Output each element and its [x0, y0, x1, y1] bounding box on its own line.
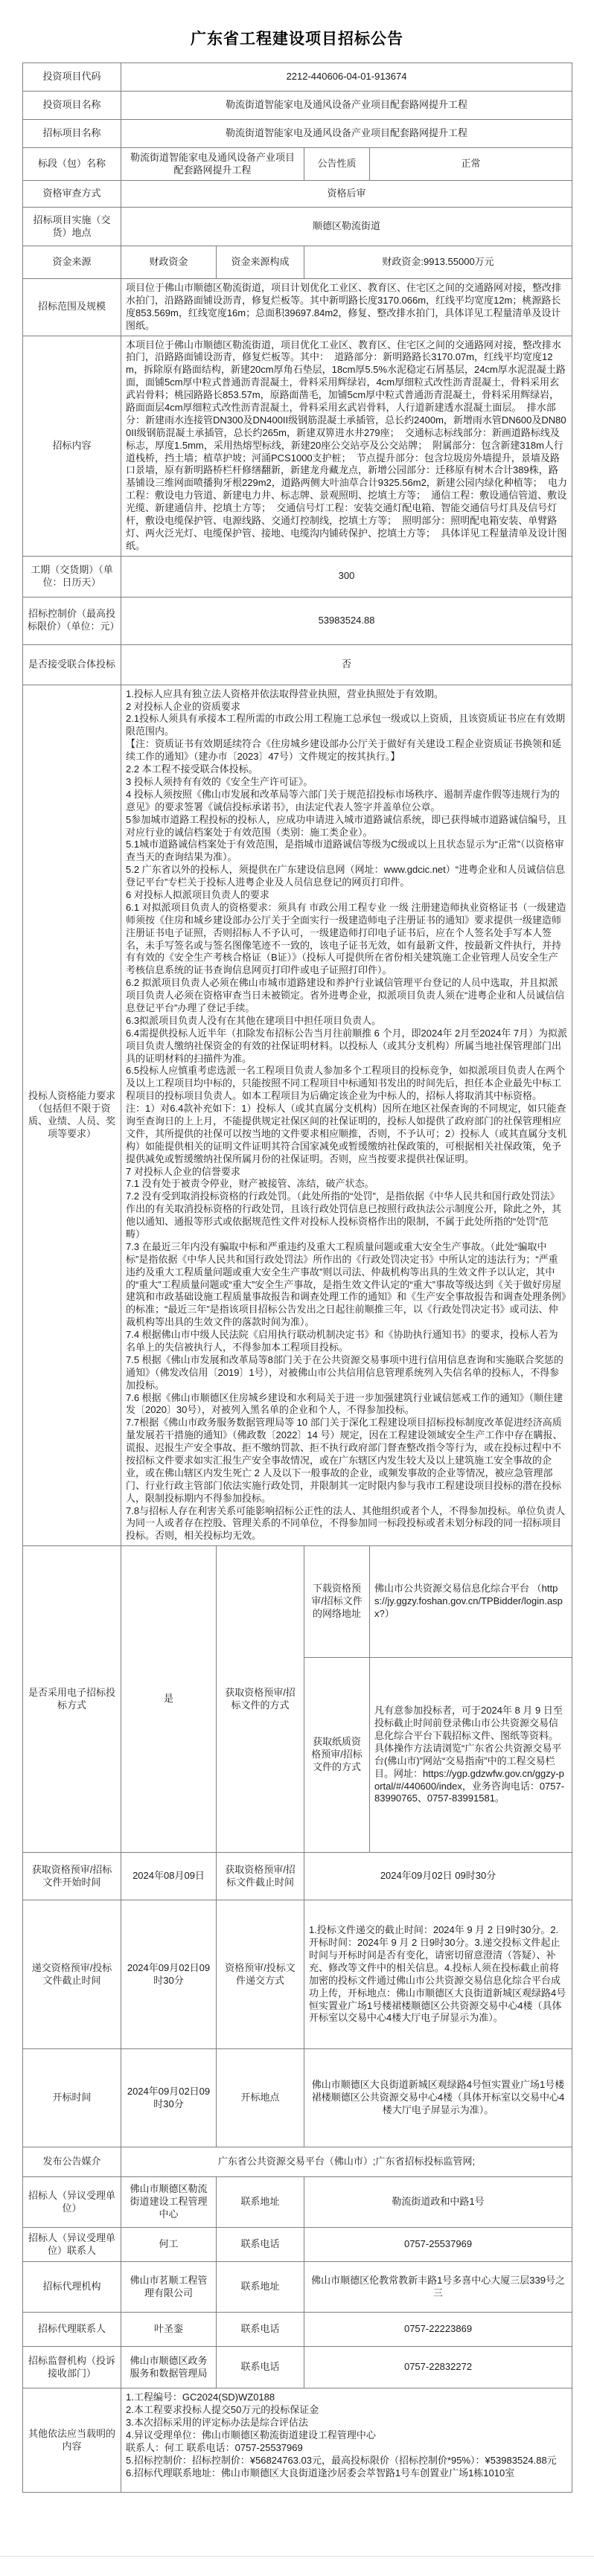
label-agency-contact: 招标代理联系人 [23, 2313, 121, 2347]
table-row: 是否采用电子招标投标方式 是 获取资格预审/招标文件的方式 下载资格预审/招标文… [23, 1546, 572, 1658]
table-row: 招标代理联系人 叶圣銮 联系电话 0757-22223869 [23, 2313, 572, 2347]
value-tender-content: 本项目位于佛山市顺德区勒流街道，项目优化工业区、教育区、住宅区之间的交通路网对接… [121, 336, 572, 556]
value-agency-phone: 0757-22223869 [304, 2313, 572, 2347]
label-obtain-end: 获取资格预审/招标文件截止时间 [217, 1853, 304, 1900]
label-agency: 招标代理机构 [23, 2262, 121, 2313]
value-supervisor: 佛山市顺德区政务服务和数据管理局 [121, 2347, 217, 2388]
table-row: 招标项目实施（交货）地点 顺德区勒流街道 [23, 208, 572, 246]
table-row: 标段（包）名称 勒流街道智能家电及通风设备产业项目配套路网提升工程 公告性质 正… [23, 148, 572, 181]
value-fund-composition: 财政资金:9913.55000万元 [304, 246, 572, 279]
table-row: 投资项目代码 2212-440606-04-01-913674 [23, 63, 572, 92]
value-supervisor-phone: 0757-22832272 [304, 2347, 572, 2388]
value-other-content: 1.工程编号：GC2024(SD)WZ0188 2.本工程要求投标人提交50万元… [121, 2388, 572, 2493]
label-project-code: 投资项目代码 [23, 63, 121, 92]
value-invest-name: 勒流街道智能家电及通风设备产业项目配套路网提升工程 [121, 92, 572, 120]
label-obtain-method: 获取资格预审/招标文件的方式 [217, 1546, 304, 1853]
label-delivery-location: 招标项目实施（交货）地点 [23, 208, 121, 246]
value-paper-method: 凡有意参加投标者，可于2024年 8 月 9 日至投标截止时间前登录佛山市公共资… [370, 1658, 572, 1853]
value-consortium: 否 [121, 644, 572, 685]
label-tenderer-contact: 招标人（异议受理单位）联系人 [23, 2228, 121, 2262]
label-duration: 工期（交货期）（单位：日历天） [23, 556, 121, 597]
table-row: 开标时间 2024年09月02日09时30分 开标地点 佛山市顺德区大良街道新城… [23, 2049, 572, 2147]
value-obtain-start: 2024年08月09日 [121, 1853, 217, 1900]
label-consortium: 是否接受联合体投标 [23, 644, 121, 685]
value-project-code: 2212-440606-04-01-913674 [121, 63, 572, 92]
value-agency-contact: 叶圣銮 [121, 2313, 217, 2347]
table-row: 获取资格预审/招标文件开始时间 2024年08月09日 获取资格预审/招标文件截… [23, 1853, 572, 1900]
label-supervisor-phone: 联系电话 [217, 2347, 304, 2388]
value-tenderer-address: 勒流街道政和中路1号 [304, 2177, 572, 2228]
table-row: 招标控制价（最高投标限价）（单位：元） 53983524.88 [23, 597, 572, 644]
label-fund-source: 资金来源 [23, 246, 121, 279]
value-media: 广东省公共资源交易平台（佛山市）;广东省招标投标监管网; [121, 2147, 572, 2177]
value-tenderer: 佛山市顺德区勒流街道建设工程管理中心 [121, 2177, 217, 2228]
table-row: 其他依法应当载明的内容 1.工程编号：GC2024(SD)WZ0188 2.本工… [23, 2388, 572, 2493]
label-tenderer-phone: 联系电话 [217, 2228, 304, 2262]
table-row: 投标人资格能力要求（包括但不限于资质、业绩、人员、奖项等要求） 1.投标人应具有… [23, 685, 572, 1546]
table-row: 招标内容 本项目位于佛山市顺德区勒流街道，项目优化工业区、教育区、住宅区之间的交… [23, 336, 572, 556]
value-duration: 300 [121, 556, 572, 597]
value-opening-time: 2024年09月02日09时30分 [121, 2049, 217, 2147]
label-section-name: 标段（包）名称 [23, 148, 121, 181]
label-obtain-start: 获取资格预审/招标文件开始时间 [23, 1853, 121, 1900]
table-row: 是否接受联合体投标 否 [23, 644, 572, 685]
value-qualification-method: 资格后审 [121, 181, 572, 208]
label-download-url: 下载资格预审/招标文件的网络地址 [304, 1546, 370, 1658]
value-delivery-location: 顺德区勒流街道 [121, 208, 572, 246]
footer-divider [0, 2556, 594, 2557]
label-agency-phone: 联系电话 [217, 2313, 304, 2347]
label-paper-method: 获取纸质资格预审/招标文件的方式 [304, 1658, 370, 1853]
table-row: 投资项目名称 勒流街道智能家电及通风设备产业项目配套路网提升工程 [23, 92, 572, 120]
value-agency-address: 佛山市顺德区伦教常教新丰路1号多喜中心大厦三层339号之三 [304, 2262, 572, 2313]
announcement-page: 广东省工程建设项目招标公告 投资项目代码 2212-440606-04-01-9… [0, 0, 594, 2576]
table-row: 招标人（异议受理单位） 佛山市顺德区勒流街道建设工程管理中心 联系地址 勒流街道… [23, 2177, 572, 2228]
value-tender-name: 勒流街道智能家电及通风设备产业项目配套路网提升工程 [121, 120, 572, 148]
label-submit-method: 资格预审/投标文件递交方式 [217, 1900, 304, 2049]
announcement-table: 投资项目代码 2212-440606-04-01-913674 投资项目名称 勒… [22, 63, 572, 2493]
table-row: 招标监督机构（投诉接收部门） 佛山市顺德区政务服务和数据管理局 联系电话 075… [23, 2347, 572, 2388]
label-qualification-method: 资格审查方式 [23, 181, 121, 208]
table-row: 招标人（异议受理单位）联系人 何工 联系电话 0757-25537969 [23, 2228, 572, 2262]
value-tenderer-contact: 何工 [121, 2228, 217, 2262]
value-notice-nature: 正常 [370, 148, 572, 181]
value-e-bidding: 是 [121, 1546, 217, 1853]
value-opening-place: 佛山市顺德区大良街道新城区观绿路4号恒实置业广场1号楼裙楼顺德区公共资源交易中心… [304, 2049, 572, 2147]
value-submit-method: 1.投标文件递交的截止时间：2024年 9 月 2 日9时30分。2.开标时间：… [304, 1900, 572, 2049]
label-e-bidding: 是否采用电子招标投标方式 [23, 1546, 121, 1853]
table-row: 招标项目名称 勒流街道智能家电及通风设备产业项目配套路网提升工程 [23, 120, 572, 148]
label-opening-place: 开标地点 [217, 2049, 304, 2147]
label-opening-time: 开标时间 [23, 2049, 121, 2147]
label-submit-deadline: 递交资格预审/投标文件截止时间 [23, 1900, 121, 2049]
value-submit-deadline: 2024年09月02日09时30分 [121, 1900, 217, 2049]
label-scope: 招标范围及规模 [23, 279, 121, 336]
label-agency-address: 联系地址 [217, 2262, 304, 2313]
label-tenderer: 招标人（异议受理单位） [23, 2177, 121, 2228]
value-download-url: 佛山市公共资源交易信息化综合平台 （https://jy.ggzy.foshan… [370, 1546, 572, 1658]
value-agency: 佛山市茗顺工程管理有限公司 [121, 2262, 217, 2313]
value-fund-source: 财政资金 [121, 246, 217, 279]
value-obtain-end: 2024年09月02日 09时30分 [304, 1853, 572, 1900]
label-media: 发布公告媒介 [23, 2147, 121, 2177]
label-notice-nature: 公告性质 [304, 148, 370, 181]
label-tender-content: 招标内容 [23, 336, 121, 556]
label-tenderer-address: 联系地址 [217, 2177, 304, 2228]
table-row: 招标范围及规模 项目位于佛山市顺德区勒流街道，项目计划优化工业区、教育区、住宅区… [23, 279, 572, 336]
value-qualification-requirements: 1.投标人应具有独立法人资格并依法取得营业执照，营业执照处于有效期。 2 对投标… [121, 685, 572, 1546]
value-section-name: 勒流街道智能家电及通风设备产业项目配套路网提升工程 [121, 148, 304, 181]
value-scope: 项目位于佛山市顺德区勒流街道，项目计划优化工业区、教育区、住宅区之间的交通路网对… [121, 279, 572, 336]
page-title: 广东省工程建设项目招标公告 [0, 27, 594, 49]
table-row: 资金来源 财政资金 资金来源构成 财政资金:9913.55000万元 [23, 246, 572, 279]
label-invest-name: 投资项目名称 [23, 92, 121, 120]
label-fund-composition: 资金来源构成 [217, 246, 304, 279]
label-tender-name: 招标项目名称 [23, 120, 121, 148]
table-row: 资格审查方式 资格后审 [23, 181, 572, 208]
table-row: 递交资格预审/投标文件截止时间 2024年09月02日09时30分 资格预审/投… [23, 1900, 572, 2049]
table-row: 工期（交货期）（单位：日历天） 300 [23, 556, 572, 597]
label-ceiling-price: 招标控制价（最高投标限价）（单位：元） [23, 597, 121, 644]
label-supervisor: 招标监督机构（投诉接收部门） [23, 2347, 121, 2388]
label-other-content: 其他依法应当载明的内容 [23, 2388, 121, 2493]
table-row: 发布公告媒介 广东省公共资源交易平台（佛山市）;广东省招标投标监管网; [23, 2147, 572, 2177]
label-qualification-requirements: 投标人资格能力要求（包括但不限于资质、业绩、人员、奖项等要求） [23, 685, 121, 1546]
value-ceiling-price: 53983524.88 [121, 597, 572, 644]
value-tenderer-phone: 0757-25537969 [304, 2228, 572, 2262]
table-row: 招标代理机构 佛山市茗顺工程管理有限公司 联系地址 佛山市顺德区伦教常教新丰路1… [23, 2262, 572, 2313]
